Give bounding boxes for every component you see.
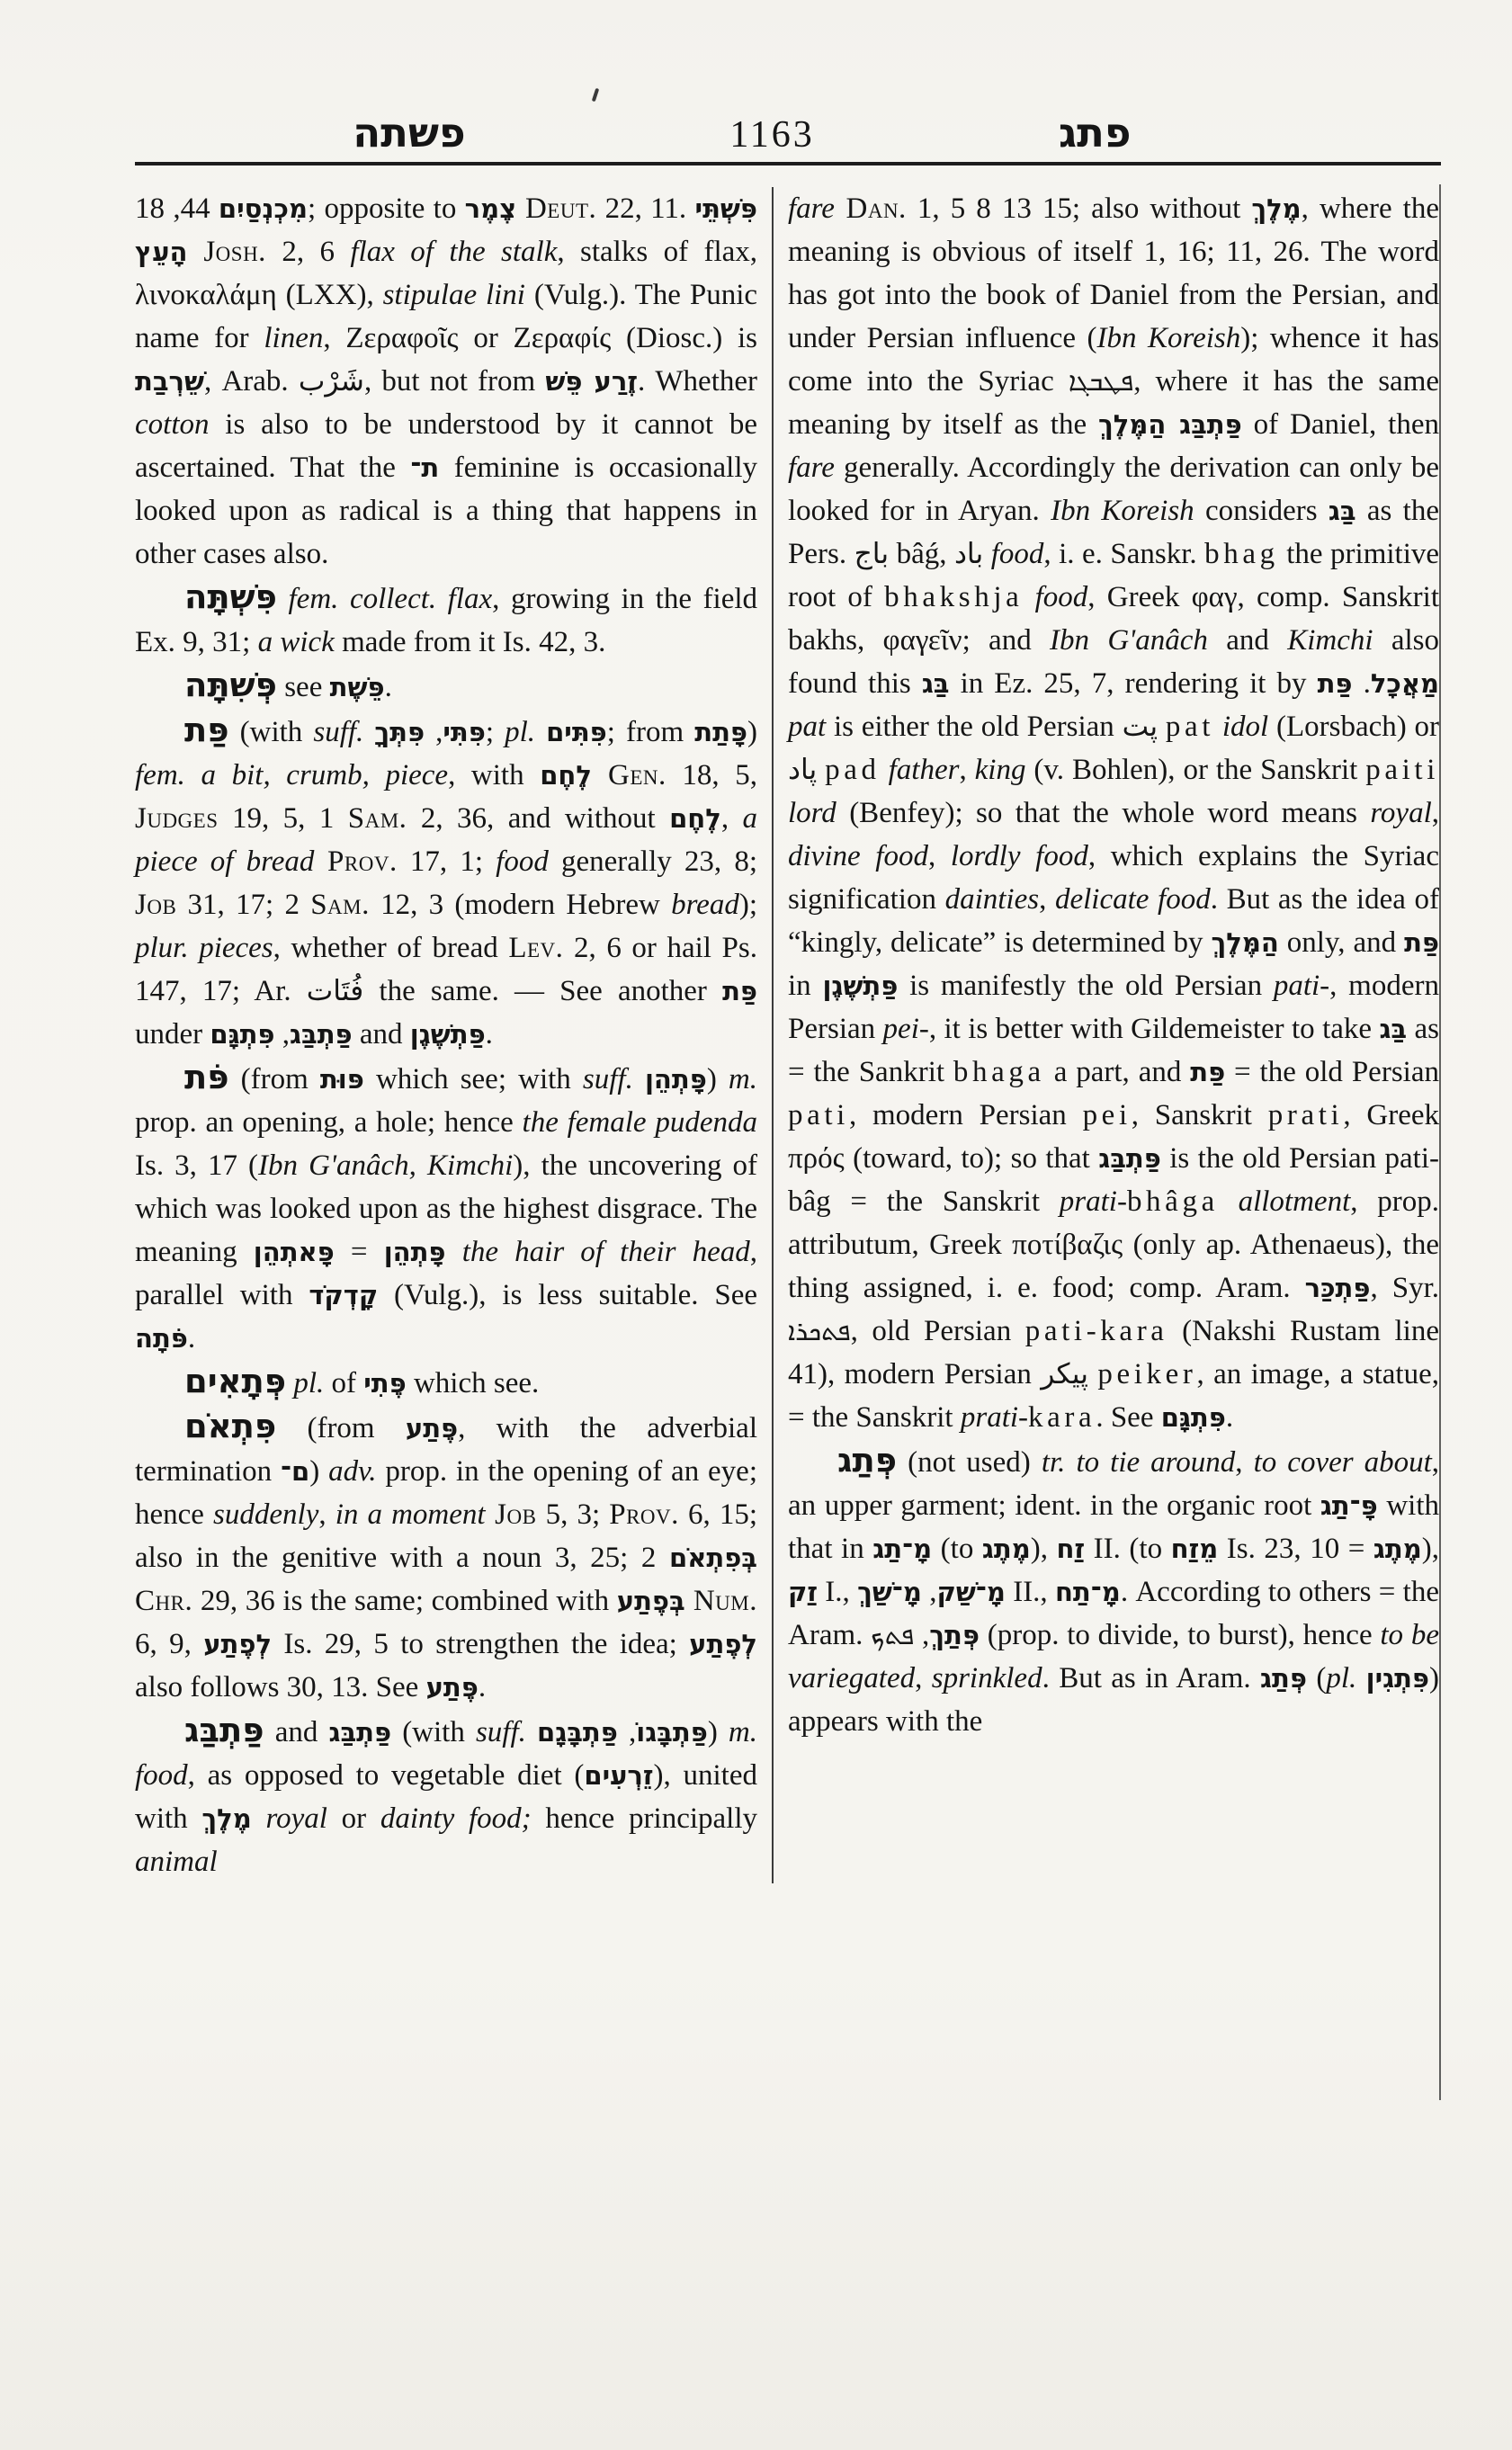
text-run-it: the female pudenda (523, 1106, 757, 1139)
text-run-sc: Gen. (592, 759, 667, 791)
text-run-it: dainties (945, 883, 1040, 916)
text-run-hb: פְּתָאִים (184, 1362, 286, 1400)
text-run-he: פְּתַג (1260, 1663, 1307, 1694)
text-run-he: פַּתְבַּג (290, 1019, 353, 1050)
text-run-plain: in (788, 970, 822, 1002)
text-run-he: פַּתְבַּג הַמֶּלֶךְ (1098, 409, 1242, 440)
text-run-it: tr. to tie around (1042, 1446, 1235, 1479)
text-run-plain: is either the old Persian (826, 711, 1122, 743)
text-run-it: father (889, 754, 960, 786)
text-run-sp: pei (1083, 1099, 1132, 1131)
text-run-plain: 18, 5, (667, 759, 757, 791)
text-run-he: פֹּתָה (135, 1323, 188, 1354)
text-run-ar: باج (854, 538, 890, 570)
text-run-he: פַּתְבָּגָם (537, 1717, 618, 1748)
text-run-he: פַּת (1404, 927, 1439, 958)
text-run-he: פִּתְגָּם (210, 1019, 274, 1050)
text-run-plain: . See (1096, 1401, 1160, 1434)
text-run-it: fare (788, 452, 835, 484)
text-run-sc: Josh. (187, 236, 266, 268)
text-run-plain: ), (1031, 1533, 1057, 1565)
text-run-plain: , (618, 1716, 636, 1748)
text-run-plain: in Ez. 25, 7, rendering it by (950, 667, 1318, 700)
text-run-plain: generally 23, 8; (549, 845, 757, 878)
text-run-plain: 1, 5 8 13 15; also without (907, 192, 1252, 225)
text-run-it: delicate food (1055, 883, 1211, 916)
text-run-plain (881, 754, 889, 786)
text-run-plain: 12, 3 (modern Hebrew (370, 889, 671, 921)
text-run-he: פִּתְגִין (1366, 1663, 1429, 1694)
text-run-it: cotton (135, 408, 209, 441)
text-run-plain (1088, 1358, 1097, 1390)
text-run-sp: pad (825, 754, 881, 786)
text-run-plain: ) (747, 716, 757, 748)
text-run-he: מָ־שַׁק (936, 1577, 1005, 1607)
text-run-it: food (991, 538, 1044, 570)
text-run-plain: 22, 11. (596, 192, 694, 225)
text-run-plain: only, and (1279, 926, 1404, 959)
text-run-plain: under (135, 1018, 210, 1051)
text-run-it: to cover about (1254, 1446, 1432, 1479)
text-run-it: lord (788, 797, 837, 829)
text-run-it: the hair of their head (462, 1236, 750, 1268)
text-run-it: Ibn G'anâch (1050, 624, 1208, 657)
text-run-he: פְּתַךְ (929, 1620, 980, 1650)
text-run-he: בְּפִתְאֹם (669, 1542, 757, 1573)
text-run-plain (1214, 711, 1222, 743)
text-run-it: prati (1060, 1185, 1117, 1218)
text-run-plain: considers (1194, 495, 1329, 527)
text-run-plain: Is. 29, 5 to strengthen the idea; (272, 1628, 689, 1660)
text-run-he: פַּתְשֶׁגֶן (822, 970, 898, 1001)
text-run-he: בַּג (922, 668, 950, 699)
running-head-right-catchword: פתג (1059, 109, 1131, 156)
text-run-he: פָּתְהֵן (645, 1064, 707, 1095)
text-run-plain: , as opposed to vegetable diet ( (188, 1759, 585, 1792)
text-run-sp: bhag (1204, 538, 1279, 570)
text-run-it: suff. (313, 716, 363, 748)
text-run-he: מִכְנְסַיִם (219, 193, 308, 224)
text-run-plain: ) (707, 1063, 729, 1095)
text-run-it: flax of the stalk (350, 236, 557, 268)
text-run-plain: . Whether (638, 365, 757, 398)
text-run-it: royal (1370, 797, 1431, 829)
text-run-it: prati (961, 1401, 1018, 1434)
text-run-plain (363, 716, 374, 748)
paragraph: פַּת (with suff. פִּתִּי, פִּתְּךָ; pl. … (135, 709, 757, 1056)
text-run-plain: (with (229, 716, 314, 748)
text-run-plain: ; (486, 716, 505, 748)
text-run-plain: also follows 30, 13. See (135, 1671, 426, 1703)
text-run-he: ת־ (410, 452, 439, 483)
text-run-plain: 31, 17; 2 (176, 889, 310, 921)
text-run-he: מָ־תַח (1055, 1577, 1121, 1607)
text-run-it: suddenly (213, 1498, 318, 1531)
text-run-he: פֶּתַע (426, 1672, 479, 1703)
text-run-plain: 5, 3; (536, 1498, 609, 1531)
text-run-plain: , (959, 754, 974, 786)
text-run-plain: which see. (407, 1367, 540, 1399)
text-run-plain: Is. 3, 17 ( (135, 1149, 258, 1182)
text-run-sp: bhaga (953, 1056, 1045, 1088)
text-run-hb: פְּתַג (837, 1441, 897, 1480)
text-run-he: פֶּתִי (363, 1368, 406, 1399)
text-run-sc: Chr. (135, 1585, 192, 1617)
text-run-it: fare (788, 192, 835, 225)
text-run-plain: . (1226, 1401, 1233, 1434)
paragraph: פְּתַג (not used) tr. to tie around, to … (788, 1439, 1439, 1743)
text-run-he: לְפֶתַע (689, 1629, 757, 1659)
running-header: פשתה 1163 פתג (135, 52, 1441, 162)
text-run-it: food (496, 845, 549, 878)
text-run-he: מֶלֶךְ (1251, 193, 1301, 224)
text-run-sc: Deut. (516, 192, 596, 225)
column-gap (757, 187, 788, 1883)
text-run-plain: = (335, 1236, 384, 1268)
paragraph: פְּתָאִים pl. of פֶּתִי which see. (135, 1360, 757, 1405)
text-run-plain: (v. Bohlen), or the Sanskrit (1025, 754, 1365, 786)
text-run-plain: ), (1422, 1533, 1439, 1565)
text-run-sp: peiker (1097, 1358, 1196, 1390)
text-run-plain (817, 754, 825, 786)
text-run-plain: II. (to (1085, 1533, 1171, 1565)
text-run-it: food (1035, 581, 1088, 613)
text-run-sc: Job (486, 1498, 537, 1531)
paragraph: פְּשִׁתָּה see פֵּשֶׁת. (135, 664, 757, 709)
text-run-hb: פִּשְׁתָּה (184, 577, 277, 616)
text-run-plain (277, 583, 289, 615)
text-run-sy: ܦܛܒܓܐ (1069, 366, 1133, 397)
text-run-ar: پیکر (1041, 1358, 1088, 1390)
text-run-plain (1219, 1185, 1239, 1218)
text-run-he: פֵּשֶׁת (330, 672, 385, 702)
text-run-plain: ( (1307, 1662, 1326, 1694)
text-run-sy: ܦܬܟܪܐ (788, 1316, 851, 1346)
text-run-plain: (Lorsbach) or (1268, 711, 1439, 743)
paragraph: פַּתְבַּג and פַּתְבַּג (with suff. פַּת… (135, 1709, 757, 1883)
text-run-it: sprinkled (932, 1662, 1042, 1694)
text-run-he: זֶרַע פֵּשׁ (545, 366, 638, 397)
text-run-he: פַּתְכַּר (1305, 1273, 1371, 1303)
text-run-he: מָ־שַׁךְ (857, 1577, 922, 1607)
text-run-he: מֵזַח (1171, 1533, 1219, 1564)
text-run-sp: paiti (1365, 754, 1439, 786)
text-run-plain: Is. 23, 10 = (1218, 1533, 1373, 1565)
text-run-plain: bâǵ, (889, 538, 954, 570)
text-run-plain: and (264, 1716, 329, 1748)
text-run-plain: , (1039, 883, 1055, 916)
text-run-sp: pat (1166, 711, 1214, 743)
text-run-plain: is manifestly the old Persian (898, 970, 1274, 1002)
text-run-plain: 19, 5, 1 (219, 802, 348, 835)
page-number: 1163 (729, 113, 814, 156)
text-run-he: פַּתְשֶׁגֶן (410, 1019, 486, 1050)
text-run-it: adv. (328, 1455, 376, 1488)
text-run-plain (983, 538, 990, 570)
text-run-it: pei- (883, 1013, 929, 1045)
text-run-plain: 6, 9, (135, 1628, 203, 1660)
text-run-plain: prop. an opening, a hole; hence (135, 1106, 523, 1139)
text-run-plain: , (721, 802, 743, 835)
text-run-plain: of (324, 1367, 363, 1399)
text-run-he: פֶּתַע (406, 1413, 458, 1444)
right-column: fare Dan. 1, 5 8 13 15; also without מֶל… (788, 187, 1439, 1883)
text-run-sp: pati (788, 1099, 849, 1131)
text-run-plain: (to (932, 1533, 982, 1565)
text-area: פשתה 1163 פתג מִכְנְסַיִם 44, 18; opposi… (135, 52, 1441, 1883)
text-run-he: פָּ־תַג (1320, 1490, 1378, 1521)
text-run-plain: or (327, 1802, 380, 1835)
text-run-plain: , (922, 1576, 937, 1608)
text-run-plain: , (915, 1662, 932, 1694)
text-run-plain: , it is better with Gildemeister to take (929, 1013, 1380, 1045)
text-run-he: פַּתְבַּג (1098, 1143, 1161, 1174)
two-column-text: מִכְנְסַיִם 44, 18; opposite to צֶמֶר De… (135, 187, 1441, 1883)
text-run-he: פִּתְגָּם (1161, 1402, 1226, 1433)
text-run-it: fem. collect. flax (289, 583, 493, 615)
text-run-he: שֵׁרְבַת (135, 366, 204, 397)
text-run-he: פִּתְּךָ (374, 717, 425, 747)
text-run-he: ם־ (281, 1456, 309, 1487)
text-run-plain: , (318, 1498, 335, 1531)
running-head-left-catchword: פשתה (353, 109, 465, 156)
text-run-he: לֶחֶם (540, 760, 592, 791)
text-run-sp: pati-kara (1025, 1315, 1168, 1347)
text-run-plain: , i. e. Sanskr. (1043, 538, 1204, 570)
text-run-it: divine food (788, 840, 928, 872)
text-run-he: פִּתִּים (546, 717, 607, 747)
text-run-plain: . But as in Aram. (1042, 1662, 1260, 1694)
text-run-plain: (from (229, 1063, 320, 1095)
text-run-plain: and (353, 1018, 410, 1051)
text-run-plain: (from (276, 1412, 406, 1444)
text-run-plain: . (486, 1018, 493, 1051)
text-run-plain (446, 1236, 462, 1268)
text-run-plain: (prop. to divide, to burst), hence (980, 1619, 1380, 1651)
text-run-plain: I., (818, 1576, 857, 1608)
text-run-plain: II., (1006, 1576, 1055, 1608)
text-run-plain: , whether of bread (273, 932, 509, 964)
text-run-sc: Job (135, 889, 176, 921)
text-run-plain: , Ζεραφοῖς or Ζεραφίς (Diosc.) is (323, 322, 757, 354)
text-run-he: מָ־תַג (872, 1533, 932, 1564)
text-run-sc: Num. (685, 1585, 757, 1617)
text-run-it: royal (265, 1802, 327, 1835)
column-divider-rule (772, 187, 774, 1883)
text-run-plain: , but not from (364, 365, 545, 398)
text-run-sc: Dan. (835, 192, 907, 225)
text-run-it: m. (729, 1063, 757, 1095)
text-run-he: פַּתְבָּגוֹ (636, 1717, 708, 1748)
text-run-sc: Judges (135, 802, 219, 835)
text-run-hb: פְּשִׁתָּה (184, 666, 277, 704)
text-run-ar: فُتَات (307, 975, 364, 1007)
text-run-sc: Prov. (314, 845, 397, 878)
text-run-it: suff. (583, 1063, 633, 1095)
text-run-plain (633, 1063, 645, 1095)
text-run-ar: شَرْب (299, 365, 364, 398)
text-run-sp: bhâga (1127, 1185, 1219, 1218)
text-run-he: לֶחֶם (669, 803, 721, 834)
text-run-ar: باد (954, 538, 983, 570)
text-run-plain: (Benfey); so that the whole word means (837, 797, 1371, 829)
text-run-plain: 29, 36 is the same; combined with (192, 1585, 617, 1617)
text-run-he: בַּג (1379, 1014, 1407, 1044)
text-run-he: הַמֶּלֶךְ (1212, 927, 1279, 958)
text-run-he: פּוּת (320, 1064, 364, 1095)
text-run-he: זֵרְעִים (584, 1760, 653, 1791)
text-run-hb: פַּת (184, 711, 229, 749)
text-run-he: פַּת (722, 976, 757, 1006)
text-run-sc: Sam. (310, 889, 370, 921)
text-run-plain: ) (708, 1716, 729, 1748)
text-run-plain (1356, 1662, 1365, 1694)
text-run-it: Ibn Koreish (1097, 322, 1241, 354)
text-run-ar: پاد (788, 754, 817, 786)
paragraph: fare Dan. 1, 5 8 13 15; also without מֶל… (788, 187, 1439, 1439)
text-run-sy: ܦܬܟ (871, 1620, 914, 1650)
text-run-he: פָּתַת (694, 717, 747, 747)
header-rule (135, 162, 1441, 165)
text-run-plain: = the old Persian (1225, 1056, 1439, 1088)
text-run-plain: ; from (607, 716, 694, 748)
text-run-plain: , Syr. (1371, 1272, 1440, 1304)
text-run-plain: , with (448, 759, 540, 791)
text-run-plain: , (1432, 797, 1439, 829)
paragraph: פִּשְׁתָּה fem. collect. flax, growing i… (135, 576, 757, 664)
text-run-plain: , (425, 716, 443, 748)
text-run-he: זַח (1057, 1533, 1086, 1564)
text-run-plain (1158, 711, 1166, 743)
text-run-he: צֶמֶר (465, 193, 516, 224)
text-run-sp: bhakshja (884, 581, 1023, 613)
text-run-it: Ibn G'anâch, Kimchi (258, 1149, 513, 1182)
text-run-sc: Lev. (508, 932, 563, 964)
text-run-plain: , old Persian (851, 1315, 1025, 1347)
text-run-it: bread (671, 889, 739, 921)
text-run-he: לְפֶתַע (203, 1629, 272, 1659)
text-run-plain: - (1117, 1185, 1127, 1218)
text-run-it: animal (135, 1846, 218, 1878)
text-run-plain: made from it Is. 42, 3. (335, 626, 606, 658)
text-run-plain: . (188, 1322, 195, 1355)
text-run-he: מֶתֶג (1373, 1533, 1422, 1564)
text-run-plain: the same. — See another (363, 975, 722, 1007)
text-run-he: בַּג (1329, 496, 1356, 526)
text-run-it: suff. (476, 1716, 526, 1748)
text-run-it: in a moment (336, 1498, 486, 1531)
text-run-plain (526, 1716, 537, 1748)
text-run-it: Kimchi (1287, 624, 1373, 657)
text-run-it: a wick (258, 626, 335, 658)
text-run-plain: , (914, 1619, 929, 1651)
text-run-he: מֶתֶג (982, 1533, 1031, 1564)
text-run-plain: , Arab. (204, 365, 299, 398)
text-run-plain: , (928, 840, 951, 872)
text-run-hb: פֹּת (184, 1058, 229, 1096)
scanned-dictionary-page: פשתה 1163 פתג מִכְנְסַיִם 44, 18; opposi… (0, 0, 1512, 2450)
text-run-plain: a part, and (1045, 1056, 1190, 1088)
text-run-plain: 2, 6 (266, 236, 350, 268)
text-run-plain (252, 1802, 266, 1835)
text-run-plain (1023, 581, 1034, 613)
text-run-he: בְּפֶתַע (617, 1586, 685, 1616)
text-run-plain: . (385, 671, 392, 703)
paragraph: פִּתְאֹם (from פֶּתַע, with the adverbia… (135, 1405, 757, 1709)
text-run-he: זַק (788, 1577, 818, 1607)
text-run-it: fem. a bit, crumb, piece (135, 759, 448, 791)
text-run-plain: see (277, 671, 330, 703)
text-run-it: lordly food (951, 840, 1088, 872)
text-run-sp: prati (1268, 1099, 1344, 1131)
text-run-it: allotment (1239, 1185, 1351, 1218)
paragraph: פֹּת (from פּוּת which see; with suff. פ… (135, 1056, 757, 1360)
text-run-it: pat (788, 711, 826, 743)
text-run-plain: , modern Persian (849, 1099, 1083, 1131)
text-run-he: קָדְקֹד (309, 1280, 378, 1310)
text-run-it: stipulae lini (383, 279, 525, 311)
text-run-he: פַּת (1190, 1057, 1225, 1087)
text-run-plain: (not used) (897, 1446, 1042, 1479)
text-run-plain: hence principally (532, 1802, 757, 1835)
paragraph: מִכְנְסַיִם 44, 18; opposite to צֶמֶר De… (135, 187, 757, 576)
text-run-plain: 17, 1; (398, 845, 496, 878)
text-run-he: פָּתְהֵן (384, 1237, 446, 1267)
text-run-hb: פַּתְבַּג (184, 1711, 264, 1749)
text-run-it: Ibn Koreish (1051, 495, 1194, 527)
text-run-it: linen (264, 322, 323, 354)
text-run-plain: ); (739, 889, 757, 921)
left-column: מִכְנְסַיִם 44, 18; opposite to צֶמֶר De… (135, 187, 757, 1883)
text-run-plain: . (1353, 667, 1371, 700)
text-run-plain: 2 (641, 1542, 669, 1574)
text-run-it: idol (1222, 711, 1268, 743)
text-run-plain (535, 716, 546, 748)
text-run-he: פָּאתְהֵן (254, 1237, 335, 1267)
text-run-it: dainty food; (380, 1802, 532, 1835)
text-run-he: פַּת (1318, 668, 1353, 699)
text-run-ar: پت (1123, 711, 1159, 743)
text-run-plain: of Daniel, then (1242, 408, 1439, 441)
text-run-it: pati- (1274, 970, 1329, 1002)
text-run-plain: - (1018, 1401, 1028, 1434)
text-run-plain: , Sanskrit (1132, 1099, 1268, 1131)
text-run-plain: ) (309, 1455, 328, 1488)
text-run-it: plur. pieces (135, 932, 273, 964)
text-run-it: king (975, 754, 1026, 786)
text-run-he: פִּתִּי (443, 717, 485, 747)
text-run-plain: , (1235, 1446, 1253, 1479)
text-run-sc: Prov. (609, 1498, 679, 1531)
text-run-hb: פִּתְאֹם (184, 1407, 276, 1445)
text-run-sp: kara (1028, 1401, 1096, 1434)
text-run-it: pl. (293, 1367, 324, 1399)
text-run-it: pl. (1326, 1662, 1356, 1694)
text-run-plain: , (275, 1018, 291, 1051)
text-run-he: מֶלֶךְ (201, 1803, 251, 1834)
text-run-plain: (with (391, 1716, 476, 1748)
text-run-plain: (Vulg.), is less suitable. See (378, 1279, 757, 1311)
text-run-plain: 2, 36, and without (407, 802, 669, 835)
text-run-he: מַאֲכָל (1371, 668, 1439, 699)
text-run-plain: and (1208, 624, 1287, 657)
text-run-he: פַּתְבַּג (328, 1717, 391, 1748)
text-run-plain: which see; with (364, 1063, 583, 1095)
text-run-sc: Sam. (348, 802, 407, 835)
text-run-plain: . (479, 1671, 486, 1703)
text-run-it: pl. (505, 716, 535, 748)
